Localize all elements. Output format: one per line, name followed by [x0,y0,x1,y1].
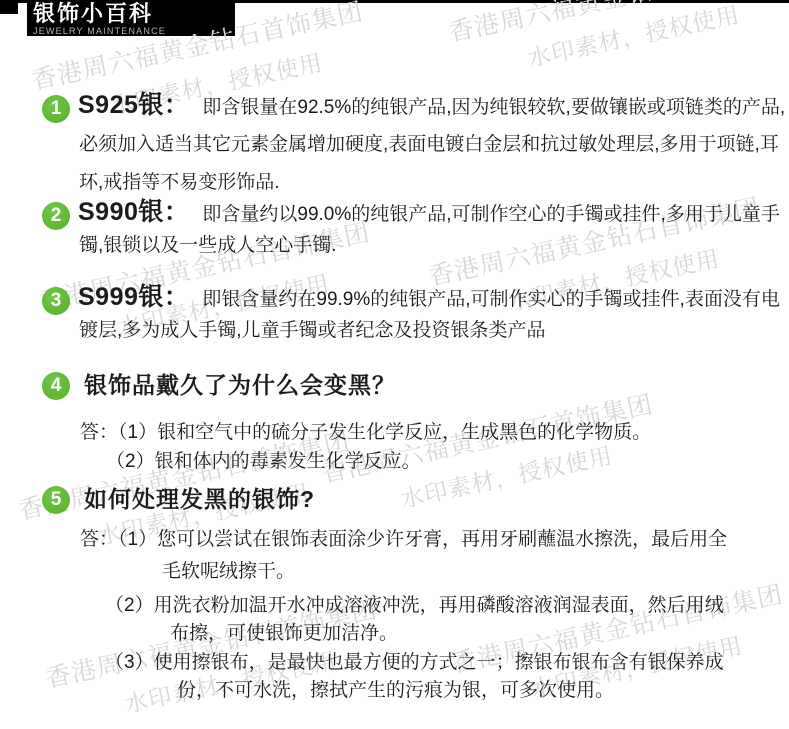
section-4-answer-2: （2）银和体内的毒素发生化学反应。 [106,450,421,474]
section-3-term: S999银： [78,283,189,311]
page-title: 银饰小百科 [33,3,235,25]
section-5-answer-6: 份，不可水洗，擦拭产生的污痕为银，可多次使用。 [177,679,614,703]
step-5-badge: 5 [42,486,70,514]
step-2-badge: 2 [42,202,70,230]
step-1-badge: 1 [42,95,70,123]
section-1-line-2: 必须加入适当其它元素金属增加硬度,表面电镀白金层和抗过敏处理层,多用于项链,耳 [79,133,779,157]
section-5-question: 如何处理发黑的银饰? [84,487,315,511]
section-2-text: 即含量约以99.0%的纯银产品,可制作空心的手镯或挂件,多用于儿童手 [202,204,779,225]
watermark-text: 香港周六福黄金钻石首饰集团 [445,0,783,49]
section-1-text: 即含银量在92.5%的纯银产品,因为纯银较软,要做镶嵌或项链类的产品, [202,97,785,118]
watermark-text: 水印素材，授权使用 [524,0,789,73]
section-2-term: S990银： [78,198,189,226]
page-subtitle: JEWELRY MAINTENANCE [33,26,235,36]
section-3-line-1: S999银：即银含量约在99.9%的纯银产品,可制作实心的手镯或挂件,表面没有电 [78,285,780,312]
section-2-line-2: 镯,银锁以及一些成人空心手镯. [79,234,337,258]
section-4-question: 银饰品戴久了为什么会变黑？ [84,373,396,397]
section-5-answer-1: 答：（1）您可以尝试在银饰表面涂少许牙膏，再用牙刷蘸温水擦洗，最后用全 [80,528,727,552]
corner-black-tab [0,3,18,14]
section-4-answer-1: 答：（1）银和空气中的硫分子发生化学反应，生成黑色的化学物质。 [80,421,651,445]
step-4-badge: 4 [42,372,70,400]
section-5-answer-3: （2）用洗衣粉加温开水冲成溶液冲洗，再用磷酸溶液润湿表面，然后用绒 [105,594,724,618]
step-3-badge: 3 [42,287,70,315]
section-5-answer-4: 布擦，可使银饰更加洁净。 [170,622,398,646]
section-3-line-2: 镀层,多为成人手镯,儿童手镯或者纪念及投资银条类产品 [79,319,546,343]
header: 银饰小百科 JEWELRY MAINTENANCE [27,3,235,36]
section-2-line-1: S990银：即含量约以99.0%的纯银产品,可制作空心的手镯或挂件,多用于儿童手 [78,200,780,227]
section-3-text: 即银含量约在99.9%的纯银产品,可制作实心的手镯或挂件,表面没有电 [202,289,779,310]
section-1-line-3: 环,戒指等不易变形饰品. [79,171,280,195]
page: 银饰小百科 JEWELRY MAINTENANCE 香港周六福黄金钻石首饰集团水… [0,0,789,729]
section-1-line-1: S925银：即含银量在92.5%的纯银产品,因为纯银较软,要做镶嵌或项链类的产品… [78,93,785,120]
section-5-answer-2: 毛软呢绒擦干。 [162,560,295,584]
watermark-tile: 香港周六福黄金钻石首饰集团水印素材，授权使用 [445,0,789,88]
section-5-answer-5: （3）使用擦银布，是最快也最方便的方式之一；擦银布银布含有银保养成 [105,651,724,675]
section-1-term: S925银： [78,91,189,119]
